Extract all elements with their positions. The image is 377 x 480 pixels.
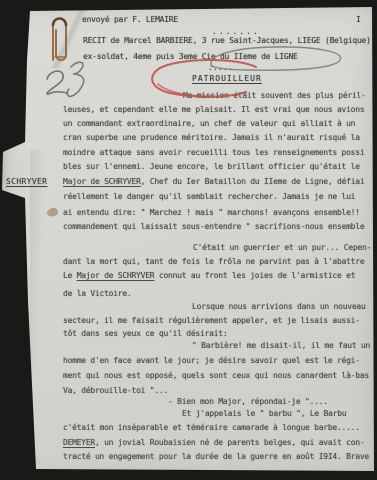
text-run: commandement qui laissait sous-entendre … <box>63 222 364 231</box>
typed-line: réellement le danger qu'il semblait rech… <box>63 192 355 202</box>
underlined-text: Major de SCHRYVER <box>77 271 155 280</box>
typed-line: de la Victoire. <box>63 289 132 299</box>
typed-line: homme d'en face avant le jour; je désire… <box>63 356 360 366</box>
dots-separator-mid: ..... <box>208 63 233 73</box>
typed-line: dant la mort qui, tant de fois le frôla … <box>63 257 364 267</box>
text-run: Va, débrouille-toi "... <box>63 386 168 395</box>
text-run: réellement le danger qu'il semblait rech… <box>63 192 355 201</box>
typed-line: Ma mission était souvent des plus péril- <box>183 91 366 101</box>
underlined-text: DEMEYER <box>63 438 95 447</box>
text-run: Lorsque nous arrivions dans un nouveau <box>192 302 366 311</box>
text-run: ....... <box>212 27 260 36</box>
typed-line: Major de SCHRYVER, Chef du Ier Bataillon… <box>63 177 364 187</box>
typed-line: secteur, il me faisait régulièrement app… <box>63 316 360 326</box>
text-run: ..... <box>208 63 233 72</box>
typed-line: C'était un guerrier et un pur... Cepen- <box>193 243 371 253</box>
text-run: ai entendu dire: " Marchez ! mais " marc… <box>63 208 360 217</box>
typed-line: tôt dans ses yeux ce qu'il désirait: <box>63 329 227 339</box>
typed-line: Lorsque nous arrivions dans un nouveau <box>192 302 366 312</box>
photographed-document: envoyé par F. LEMAIREI.......RECIT de Ma… <box>0 0 377 480</box>
typed-line: Le Major de SCHRYVER connut au front les… <box>63 271 355 281</box>
typed-line: Et j'appelais le " barbu ", Le Barbu <box>182 409 346 419</box>
typed-line: cran superbe une prudence méritoire. Jam… <box>63 133 360 143</box>
typed-line: moindre attaque sans avoir recueilli tou… <box>63 148 364 158</box>
text-run: , un jovial Roubaisien né de parents bel… <box>95 438 364 447</box>
typed-line: commandement qui laissait sous-entendre … <box>63 222 364 232</box>
text-run: envoyé par F. LEMAIRE <box>82 15 178 24</box>
underlined-text: Major de SCHRYVER <box>63 177 141 186</box>
typed-line: un commandant extraordinaire, un chef de… <box>63 119 355 129</box>
text-run: Et j'appelais le " barbu ", Le Barbu <box>182 409 346 418</box>
patrouilleur-title: PATROUILLEUR <box>192 74 262 84</box>
text-run: - Bien mon Major, répondai-je ".... <box>168 397 328 406</box>
text-run: secteur, il me faisait régulièrement app… <box>63 316 360 325</box>
text-run: connut au front les joies de l'armistice… <box>154 271 355 280</box>
margin-label: SCHRYVER <box>6 177 47 187</box>
text-run: " Barbière! me disait-il, il me faut un <box>192 341 370 350</box>
typed-line: Va, débrouille-toi "... <box>63 386 168 396</box>
underlined-text: PATROUILLEUR <box>192 74 262 83</box>
text-run: moindre attaque sans avoir recueilli tou… <box>63 148 364 157</box>
text-run: c'était mon inséparable et téméraire cam… <box>63 423 360 432</box>
text-run: leuses, et cependant elle me plaisait. I… <box>63 105 364 114</box>
typed-line: - Bien mon Major, répondai-je ".... <box>168 397 328 407</box>
text-run: , Chef du Ier Bataillon du IIeme de Lign… <box>141 177 365 186</box>
typed-line: ment qui nous est opposé, quels sont ceu… <box>63 371 369 381</box>
typed-line: " Barbière! me disait-il, il me faut un <box>192 341 370 351</box>
exsoldat-line: ex-soldat, 4eme puis 3eme Cie du IIeme d… <box>83 52 298 62</box>
text-run: tracté un engagement pour la durée de la… <box>63 452 369 461</box>
text-run: homme d'en face avant le jour; je désire… <box>63 356 360 365</box>
text-run: Le <box>63 271 77 280</box>
text-run: ment qui nous est opposé, quels sont ceu… <box>63 371 369 380</box>
text-run: bles sur l'ennemi. Jeune encore, le bril… <box>63 162 360 171</box>
page-number: I <box>356 15 361 25</box>
text-run: cran superbe une prudence méritoire. Jam… <box>63 133 360 142</box>
text-run: I <box>356 15 361 24</box>
text-run: un commandant extraordinaire, un chef de… <box>63 119 355 128</box>
text-run: tôt dans ses yeux ce qu'il désirait: <box>63 329 227 338</box>
text-run: ex-soldat, 4eme puis 3eme Cie du IIeme d… <box>83 52 298 61</box>
typed-line: ai entendu dire: " Marchez ! mais " marc… <box>63 208 360 218</box>
typed-line: c'était mon inséparable et téméraire cam… <box>63 423 360 433</box>
text-run: de la Victoire. <box>63 289 132 298</box>
typed-line: bles sur l'ennemi. Jeune encore, le bril… <box>63 162 360 172</box>
recit-line: RECIT de Marcel BARBIERE, 3 rue Saint-Ja… <box>83 36 371 46</box>
text-run: RECIT de Marcel BARBIERE, 3 rue Saint-Ja… <box>83 36 371 45</box>
typed-lines: envoyé par F. LEMAIREI.......RECIT de Ma… <box>0 0 377 480</box>
typed-line: leuses, et cependant elle me plaisait. I… <box>63 105 364 115</box>
typed-line: tracté un engagement pour la durée de la… <box>63 452 369 462</box>
text-run: Ma mission était souvent des plus péril- <box>183 91 366 100</box>
typed-line: DEMEYER, un jovial Roubaisien né de pare… <box>63 438 364 448</box>
text-run: dant la mort qui, tant de fois le frôla … <box>63 257 364 266</box>
sender-line: envoyé par F. LEMAIRE <box>82 15 178 25</box>
text-run: C'était un guerrier et un pur... Cepen- <box>193 243 371 252</box>
underlined-text: SCHRYVER <box>6 177 47 186</box>
